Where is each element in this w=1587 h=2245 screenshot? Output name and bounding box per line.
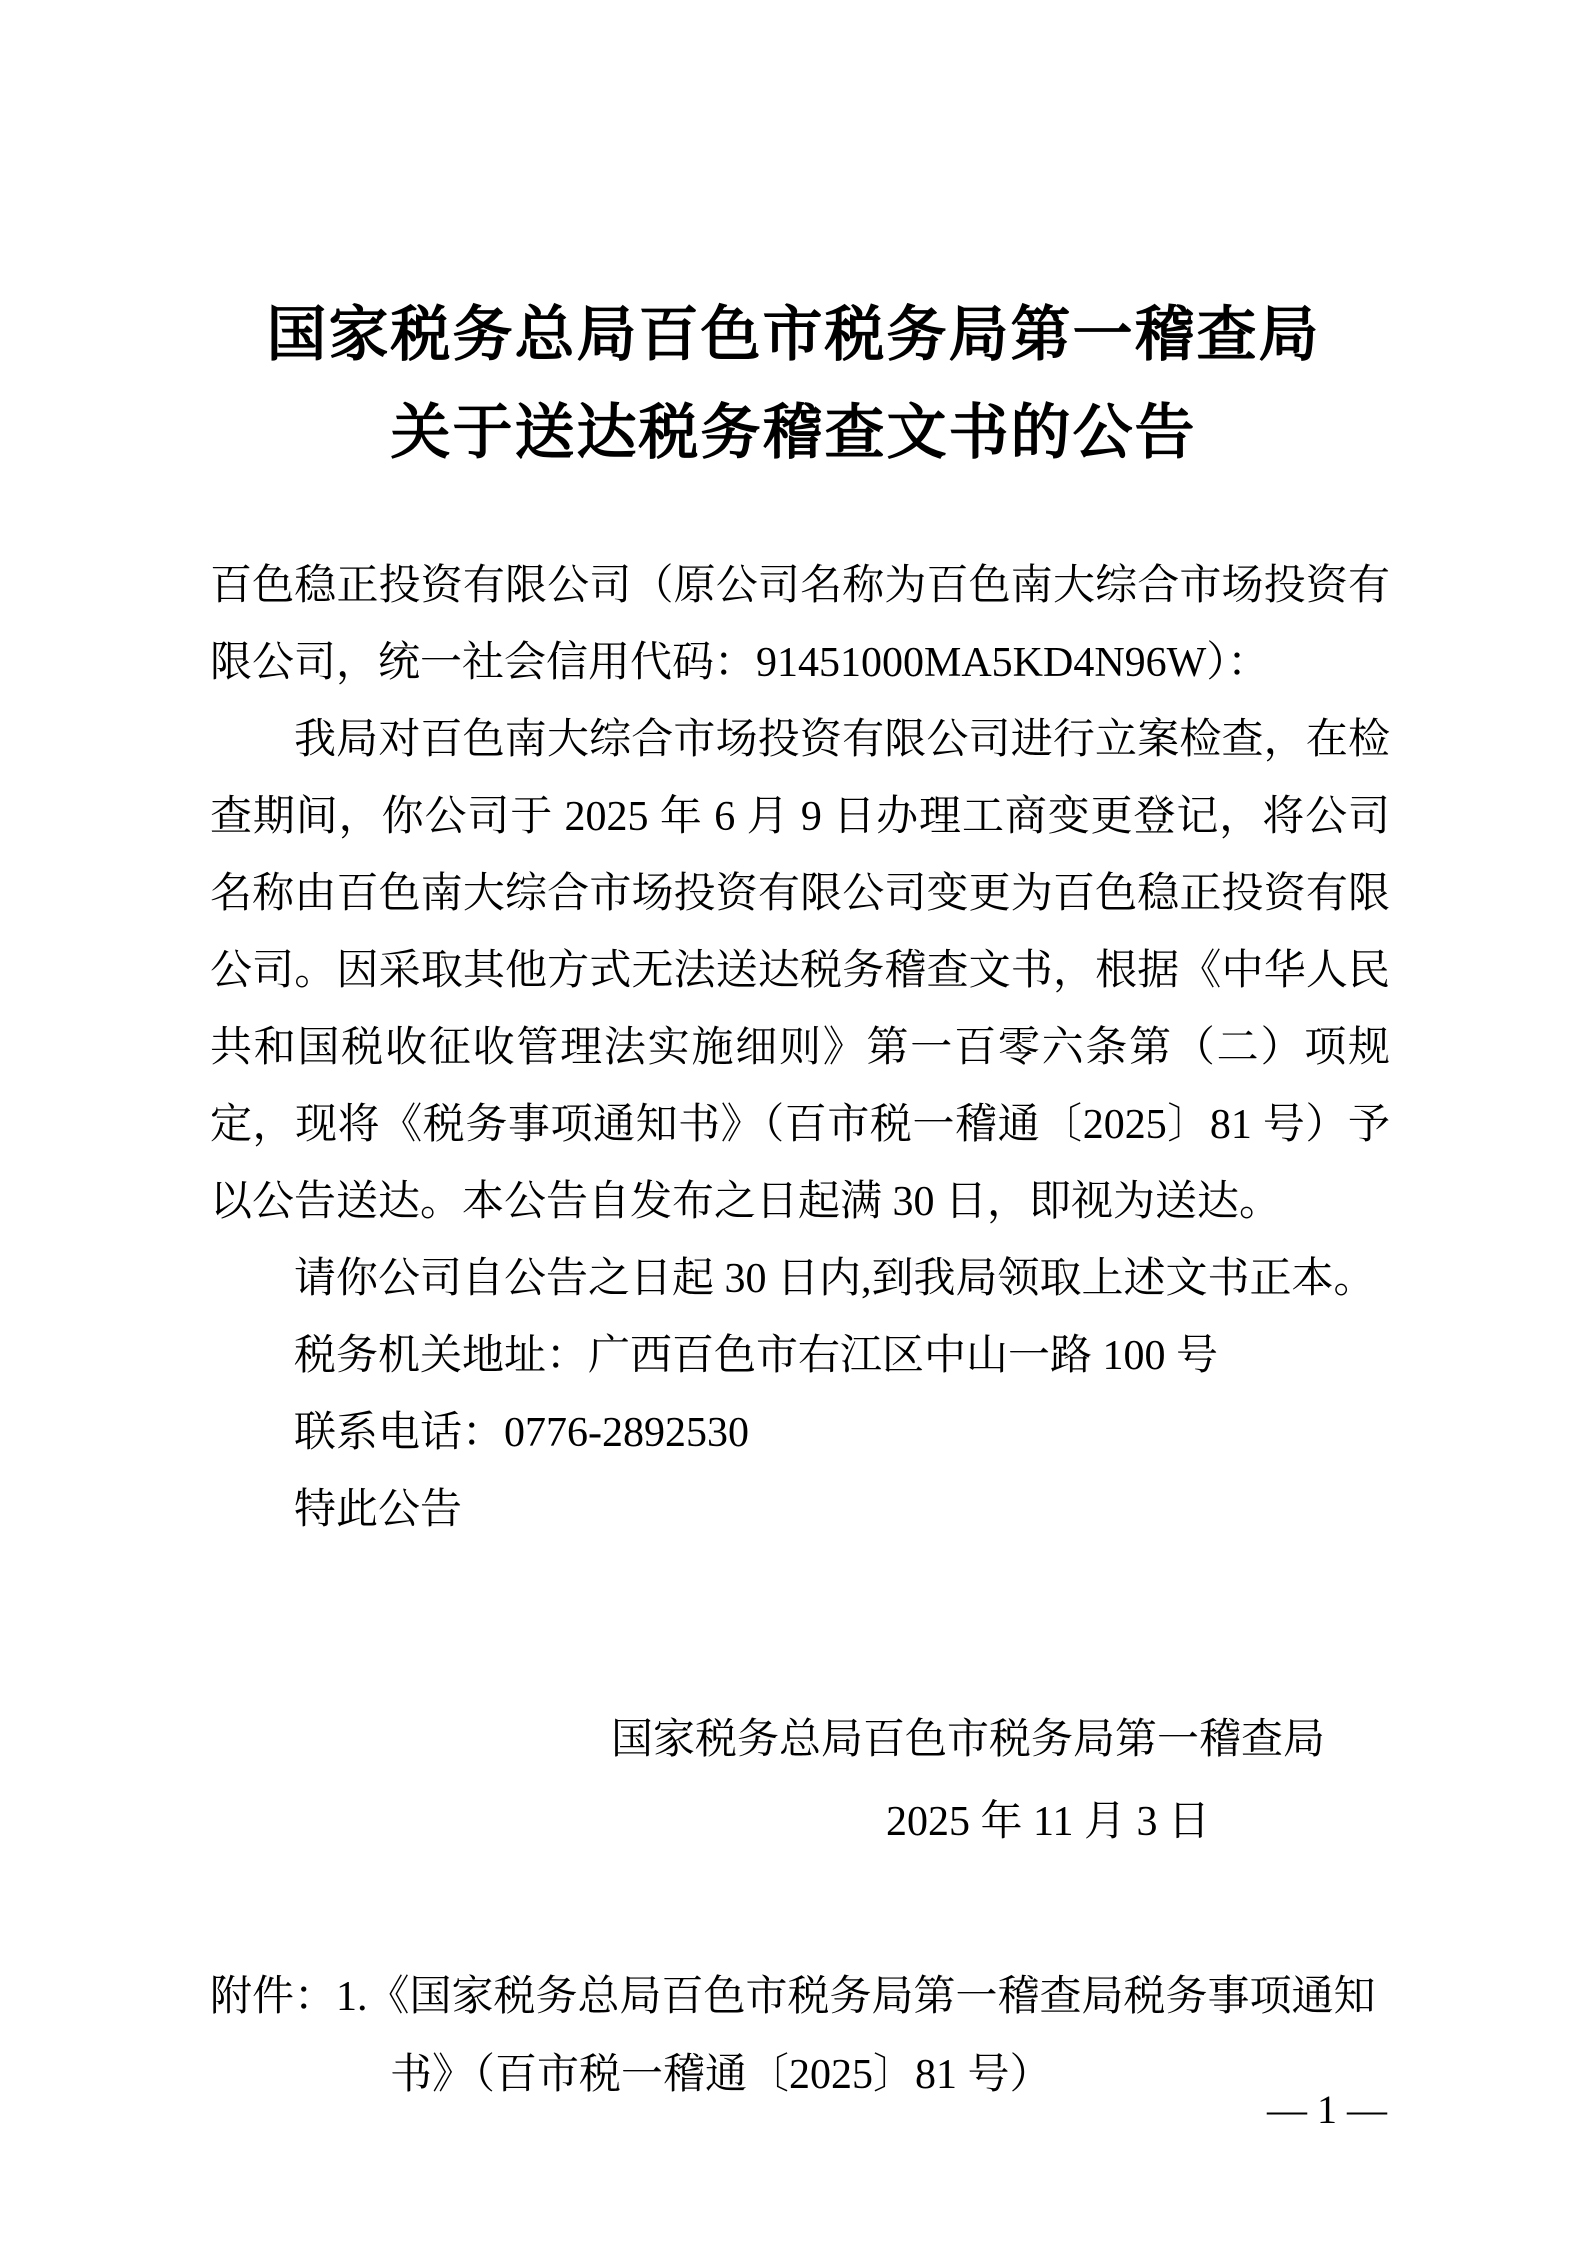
issue-date: 2025 年 11 月 3 日	[0, 1781, 1587, 1863]
paragraph-claim-notice: 请你公司自公告之日起 30 日内,到我局领取上述文书正本。	[210, 1241, 1390, 1318]
paragraph-office-address: 税务机关地址：广西百色市右江区中山一路 100 号	[210, 1318, 1390, 1395]
attachment-line-2: 书》（百市税一稽通〔2025〕81 号）	[390, 2036, 1400, 2114]
paragraph-case-details: 我局对百色南大综合市场投资有限公司进行立案检查，在检查期间，你公司于 2025 …	[210, 702, 1390, 1241]
title-line-2: 关于送达税务稽查文书的公告	[0, 384, 1587, 482]
document-page: 国家税务总局百色市税务局第一稽查局 关于送达税务稽查文书的公告 百色稳正投资有限…	[0, 0, 1587, 2245]
issuer-name: 国家税务总局百色市税务局第一稽查局	[0, 1699, 1587, 1781]
salutation-paragraph: 百色稳正投资有限公司（原公司名称为百色南大综合市场投资有限公司，统一社会信用代码…	[210, 548, 1390, 702]
title-line-1: 国家税务总局百色市税务局第一稽查局	[0, 286, 1587, 384]
page-number: — 1 —	[1267, 2086, 1387, 2134]
attachment-line-1: 附件：1.《国家税务总局百色市税务局第一稽查局税务事项通知	[210, 1958, 1400, 2036]
document-body: 百色稳正投资有限公司（原公司名称为百色南大综合市场投资有限公司，统一社会信用代码…	[210, 548, 1390, 1549]
paragraph-closing: 特此公告	[210, 1472, 1390, 1549]
attachment-block: 附件：1.《国家税务总局百色市税务局第一稽查局税务事项通知 书》（百市税一稽通〔…	[210, 1958, 1400, 2114]
paragraph-contact-phone: 联系电话：0776-2892530	[210, 1395, 1390, 1472]
signature-block: 国家税务总局百色市税务局第一稽查局 2025 年 11 月 3 日	[0, 1699, 1587, 1863]
document-title: 国家税务总局百色市税务局第一稽查局 关于送达税务稽查文书的公告	[0, 0, 1587, 482]
